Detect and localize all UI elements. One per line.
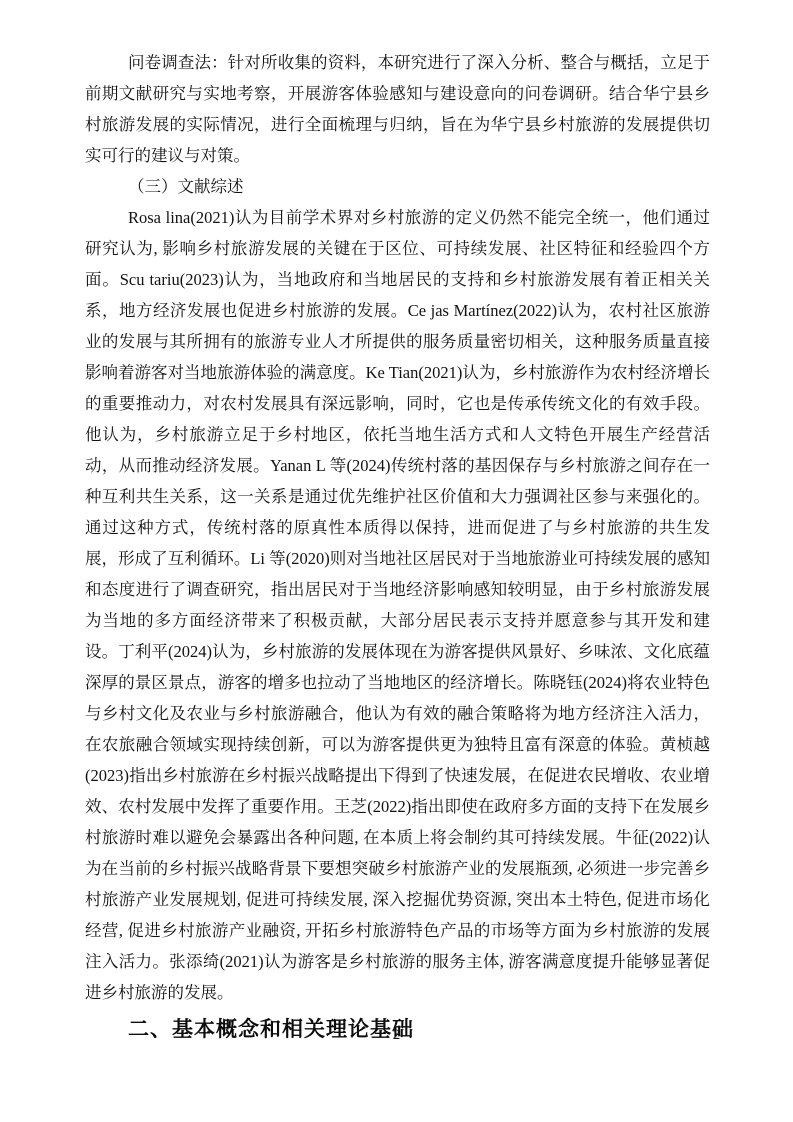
literature-review-paragraph: Rosa lina(2021)认为目前学术界对乡村旅游的定义仍然不能完全统一，他… xyxy=(85,202,710,1008)
document-body: 问卷调查法：针对所收集的资料，本研究进行了深入分析、整合与概括，立足于前期文献研… xyxy=(85,47,710,1047)
document-page: 问卷调查法：针对所收集的资料，本研究进行了深入分析、整合与概括，立足于前期文献研… xyxy=(0,0,793,1122)
page-number: 2 xyxy=(0,1025,793,1045)
literature-review-subheading: （三）文献综述 xyxy=(85,171,710,202)
method-paragraph: 问卷调查法：针对所收集的资料，本研究进行了深入分析、整合与概括，立足于前期文献研… xyxy=(85,47,710,171)
